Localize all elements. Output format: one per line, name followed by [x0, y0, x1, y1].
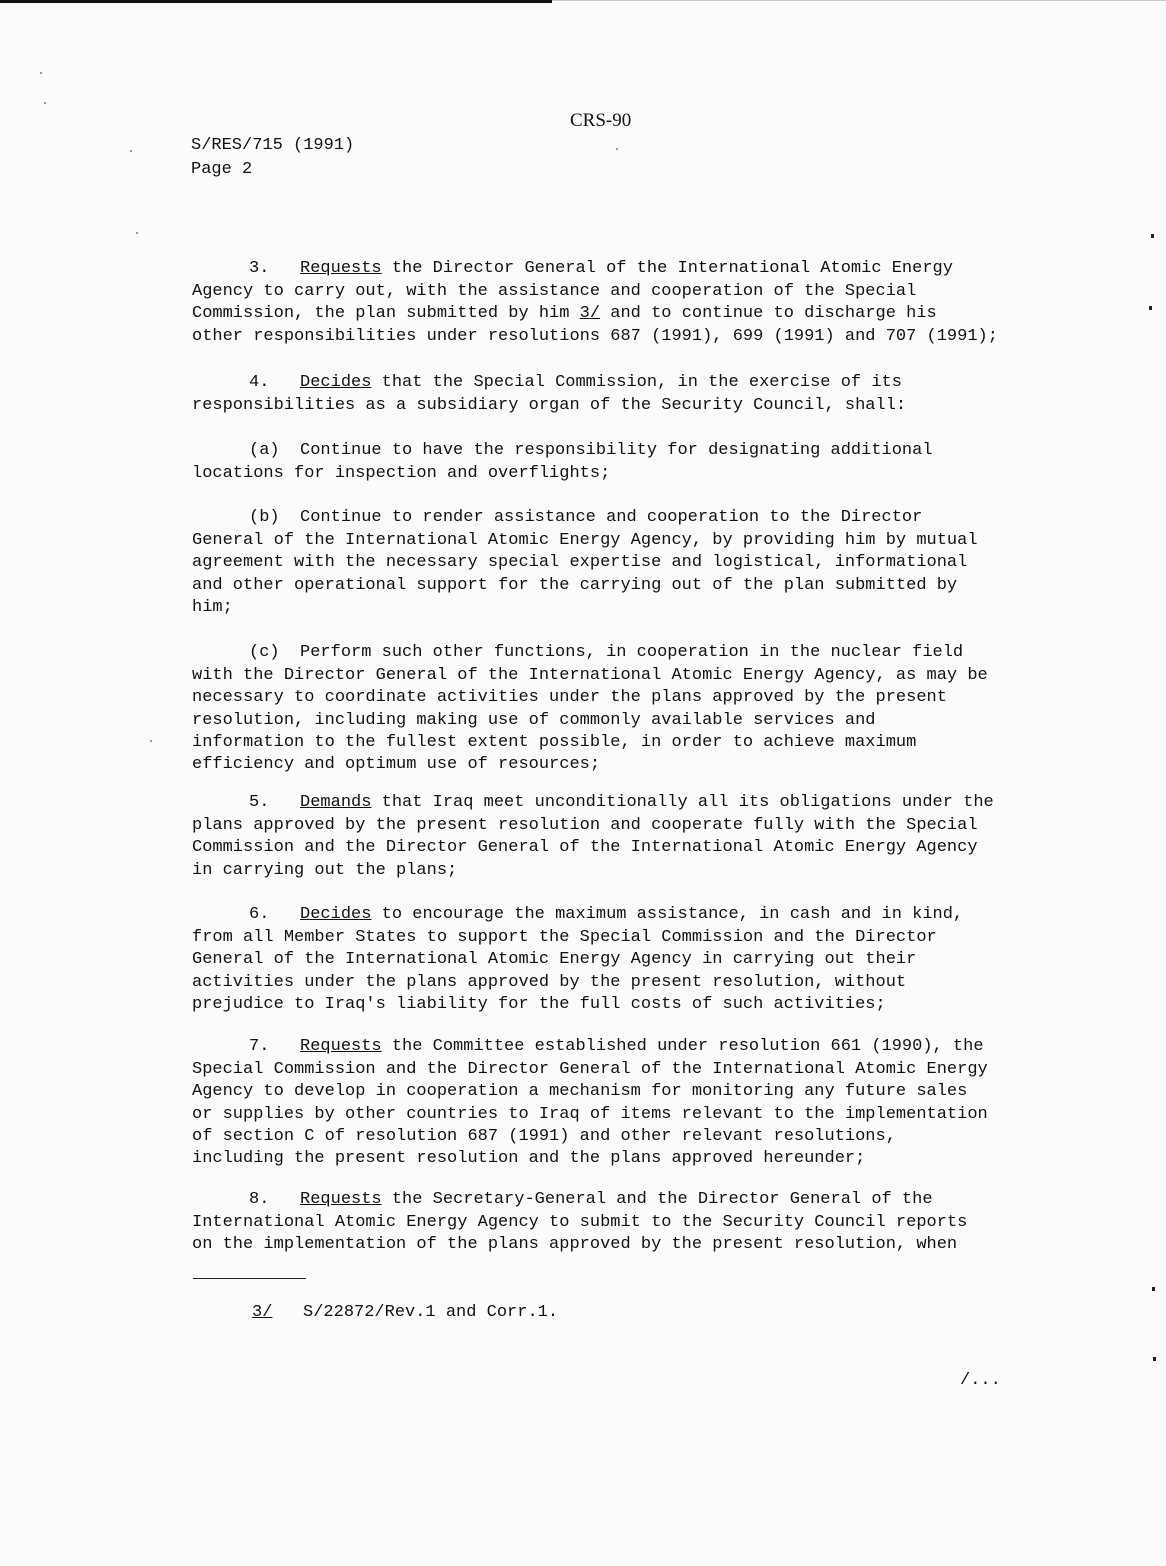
scan-top-border: [0, 0, 552, 3]
line: General of the International Atomic Ener…: [192, 531, 978, 550]
line: the Committee established under resoluti…: [382, 1037, 984, 1056]
line: Perform such other functions, in coopera…: [300, 643, 963, 662]
scan-speck: [150, 740, 152, 742]
subparagraph-b: (b) Continue to render assistance and co…: [192, 485, 1062, 619]
line: plans approved by the present resolution…: [192, 816, 978, 835]
footnote: 3/ S/22872/Rev.1 and Corr.1.: [252, 1303, 558, 1322]
scan-speck: [40, 72, 42, 74]
subparagraph-letter: (c): [192, 643, 280, 662]
subparagraph-c: (c) Perform such other functions, in coo…: [192, 620, 1062, 777]
line: General of the International Atomic Ener…: [192, 950, 916, 969]
line: him;: [192, 598, 233, 617]
paragraph-6: 6. Decides to encourage the maximum assi…: [192, 882, 1062, 1016]
line: or supplies by other countries to Iraq o…: [192, 1105, 988, 1124]
line: Continue to have the responsibility for …: [300, 441, 933, 460]
crs-page-number: CRS-90: [570, 110, 631, 132]
line: necessary to coordinate activities under…: [192, 688, 947, 707]
line: and other operational support for the ca…: [192, 576, 957, 595]
paragraph-number: 8.: [192, 1190, 269, 1209]
line: responsibilities as a subsidiary organ o…: [192, 396, 906, 415]
scan-speck: [136, 232, 138, 234]
line: International Atomic Energy Agency to su…: [192, 1213, 967, 1232]
footnote-text: S/22872/Rev.1 and Corr.1.: [303, 1303, 558, 1322]
paragraph-4: 4. Decides that the Special Commission, …: [192, 350, 1062, 417]
paragraph-number: 6.: [192, 905, 269, 924]
line: the Secretary-General and the Director G…: [382, 1190, 933, 1209]
paragraph-8: 8. Requests the Secretary-General and th…: [192, 1167, 1062, 1257]
line: that Iraq meet unconditionally all its o…: [371, 793, 993, 812]
line: that the Special Commission, in the exer…: [371, 373, 902, 392]
subparagraph-a: (a) Continue to have the responsibility …: [192, 418, 1062, 485]
line: to encourage the maximum assistance, in …: [371, 905, 963, 924]
scan-top-edge: [552, 0, 1166, 1]
line: information to the fullest extent possib…: [192, 733, 916, 752]
line: and to continue to discharge his: [600, 304, 937, 323]
line: locations for inspection and overflights…: [192, 464, 610, 483]
line: Continue to render assistance and cooper…: [300, 508, 922, 527]
footnote-marker: 3/: [252, 1303, 272, 1322]
operative-keyword: Requests: [300, 259, 382, 278]
operative-keyword: Requests: [300, 1190, 382, 1209]
paragraph-7: 7. Requests the Committee established un…: [192, 1014, 1062, 1171]
operative-keyword: Requests: [300, 1037, 382, 1056]
paragraph-number: 5.: [192, 793, 269, 812]
line: of section C of resolution 687 (1991) an…: [192, 1127, 896, 1146]
line: Agency to carry out, with the assistance…: [192, 282, 916, 301]
paragraph-number: 4.: [192, 373, 269, 392]
line: prejudice to Iraq's liability for the fu…: [192, 995, 886, 1014]
scan-speck: [1151, 234, 1154, 238]
subparagraph-letter: (a): [192, 441, 280, 460]
footnote-ref[interactable]: 3/: [580, 304, 600, 323]
continuation-mark: /...: [960, 1371, 1001, 1390]
paragraph-5: 5. Demands that Iraq meet unconditionall…: [192, 770, 1062, 882]
line: Commission and the Director General of t…: [192, 838, 978, 857]
paragraph-3: 3. Requests the Director General of the …: [192, 236, 1062, 348]
operative-keyword: Demands: [300, 793, 371, 812]
paragraph-number: 3.: [192, 259, 269, 278]
line: on the implementation of the plans appro…: [192, 1235, 957, 1254]
paragraph-number: 7.: [192, 1037, 269, 1056]
footnote-separator: [193, 1278, 306, 1279]
page-label: Page 2: [191, 158, 354, 182]
scan-speck: [1149, 306, 1152, 310]
line: activities under the plans approved by t…: [192, 973, 906, 992]
line: Commission, the plan submitted by him: [192, 304, 580, 323]
line: other responsibilities under resolutions…: [192, 327, 998, 346]
line: Agency to develop in cooperation a mecha…: [192, 1082, 967, 1101]
subparagraph-letter: (b): [192, 508, 280, 527]
line: with the Director General of the Interna…: [192, 666, 988, 685]
scan-speck: [616, 148, 618, 150]
line: agreement with the necessary special exp…: [192, 553, 967, 572]
operative-keyword: Decides: [300, 905, 371, 924]
scan-speck: [130, 150, 132, 152]
document-header: S/RES/715 (1991) Page 2: [191, 134, 354, 182]
document-symbol: S/RES/715 (1991): [191, 134, 354, 158]
scan-speck: [1153, 1357, 1156, 1361]
line: the Director General of the Internationa…: [382, 259, 953, 278]
line: from all Member States to support the Sp…: [192, 928, 937, 947]
line: including the present resolution and the…: [192, 1149, 865, 1168]
line: Special Commission and the Director Gene…: [192, 1060, 988, 1079]
scan-speck: [1152, 1287, 1155, 1291]
operative-keyword: Decides: [300, 373, 371, 392]
line: in carrying out the plans;: [192, 861, 457, 880]
line: resolution, including making use of comm…: [192, 711, 876, 730]
scan-speck: [44, 102, 46, 104]
